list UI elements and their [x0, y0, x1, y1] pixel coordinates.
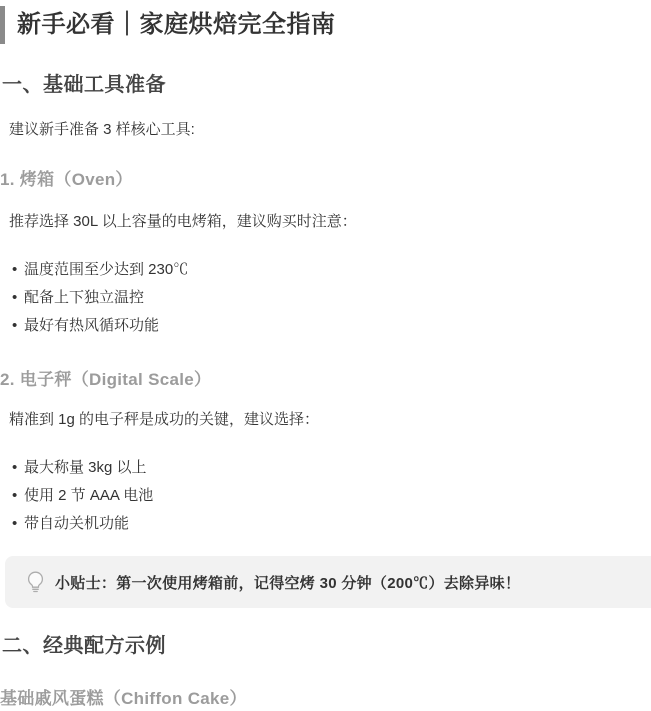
- list-item: 带自动关机功能: [12, 510, 651, 538]
- list-item: 温度范围至少达到 230℃: [12, 256, 651, 284]
- list-item: 使用 2 节 AAA 电池: [12, 482, 651, 510]
- oven-bullet-list: 温度范围至少达到 230℃ 配备上下独立温控 最好有热风循环功能: [12, 256, 651, 340]
- scale-bullet-list: 最大称量 3kg 以上 使用 2 节 AAA 电池 带自动关机功能: [12, 454, 651, 538]
- tip-text: 小贴士：第一次使用烤箱前，记得空烤 30 分钟（200℃）去除异味！: [55, 572, 520, 593]
- list-item: 最好有热风循环功能: [12, 312, 651, 340]
- list-item: 配备上下独立温控: [12, 284, 651, 312]
- article-page: 新手必看｜家庭烘焙完全指南 一、基础工具准备 建议新手准备 3 样核心工具: 1…: [0, 0, 651, 711]
- page-title: 新手必看｜家庭烘焙完全指南: [0, 6, 651, 44]
- section-intro: 建议新手准备 3 样核心工具:: [9, 120, 651, 140]
- tip-callout-box: 小贴士：第一次使用烤箱前，记得空烤 30 分钟（200℃）去除异味！: [5, 556, 651, 608]
- scale-lead-text: 精准到 1g 的电子秤是成功的关键，建议选择：: [9, 410, 651, 430]
- subheading-oven: 1. 烤箱（Oven）: [0, 168, 651, 192]
- subheading-digital-scale: 2. 电子秤（Digital Scale）: [0, 368, 651, 392]
- oven-lead-text: 推荐选择 30L 以上容量的电烤箱，建议购买时注意：: [9, 212, 651, 232]
- subheading-chiffon-cake: 基础戚风蛋糕（Chiffon Cake）: [0, 687, 651, 711]
- section-heading-recipes: 二、经典配方示例: [2, 633, 651, 659]
- lightbulb-icon: [27, 571, 44, 593]
- section-heading-tools: 一、基础工具准备: [2, 72, 651, 98]
- list-item: 最大称量 3kg 以上: [12, 454, 651, 482]
